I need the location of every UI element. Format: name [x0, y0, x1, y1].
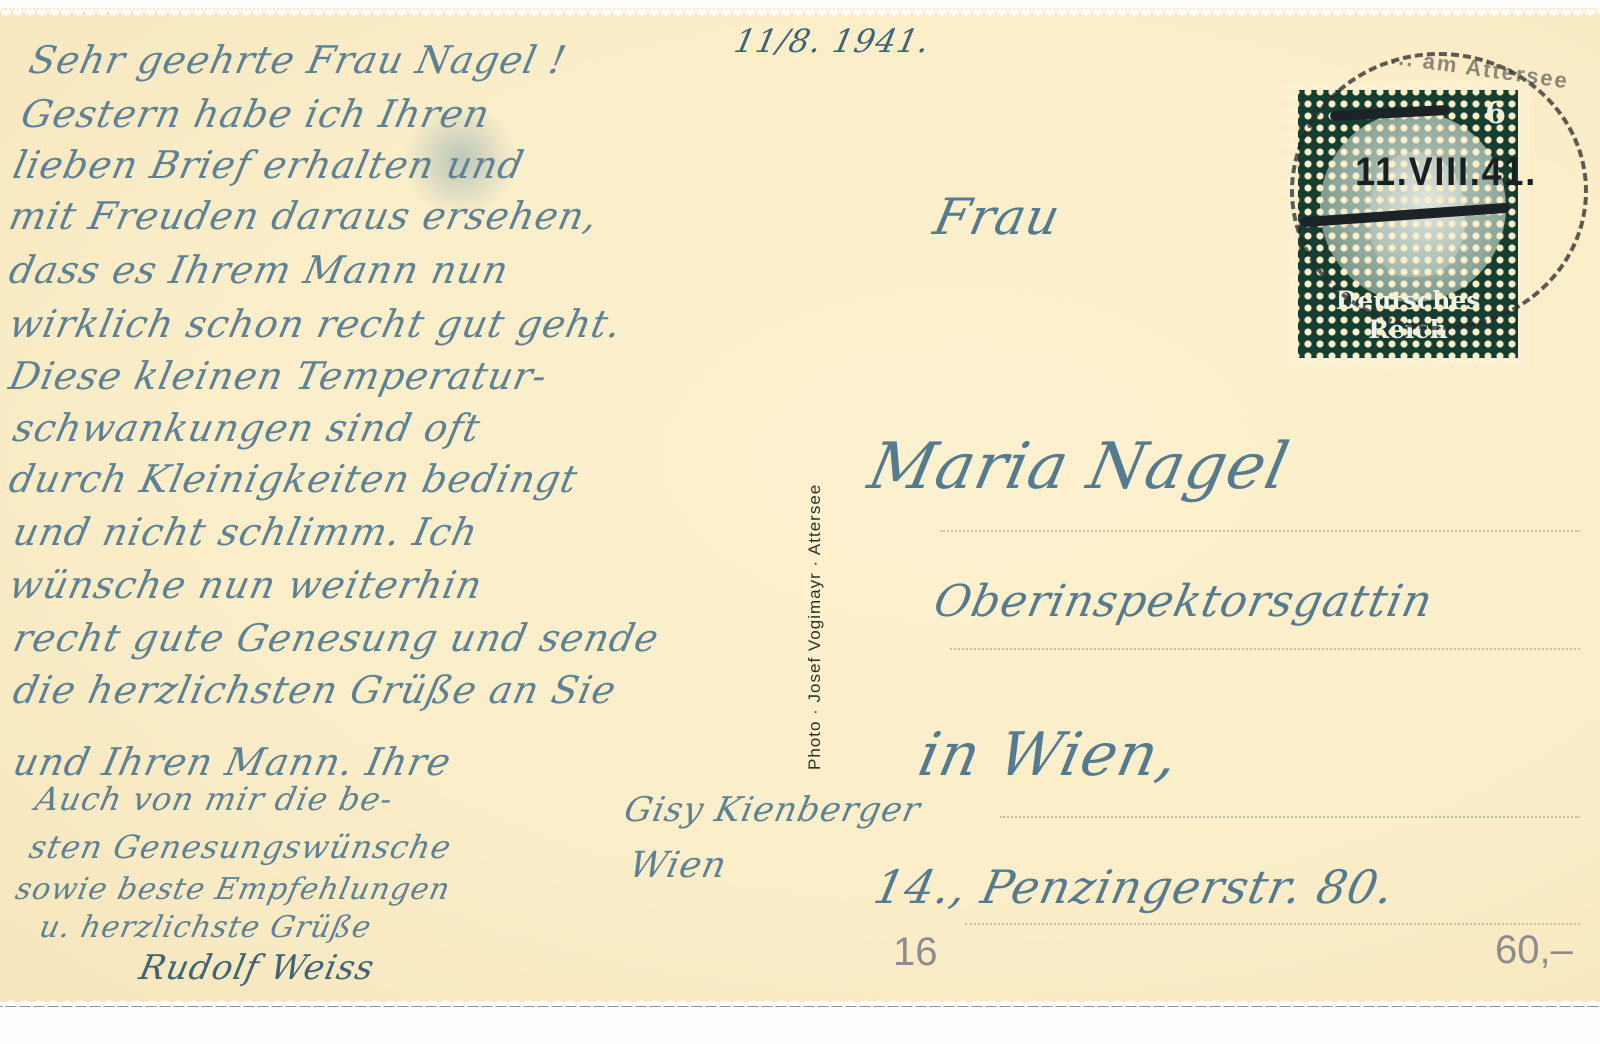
- message-line: wirklich schon recht gut geht.: [5, 302, 626, 346]
- address-street: 14., Penzingerstr. 80.: [869, 860, 1399, 914]
- postscript-line: sowie beste Empfehlungen: [12, 872, 453, 907]
- message-line: und Ihren Mann. Ihre: [9, 740, 455, 784]
- postscript-line: sten Genesungswünsche: [26, 828, 455, 866]
- deckle-edge-bottom: [0, 996, 1600, 1006]
- signature-place: Wien: [626, 845, 731, 886]
- message-line: schwankungen sind oft: [9, 406, 484, 450]
- postmark-date: 11.VIII.41.: [1355, 150, 1537, 195]
- message-line: Sehr geehrte Frau Nagel !: [25, 38, 570, 82]
- address-line-4: [965, 923, 1580, 925]
- address-line-3: [1000, 816, 1580, 818]
- message-line: Gestern habe ich Ihren: [17, 92, 494, 136]
- message-line: mit Freuden daraus ersehen,: [5, 194, 602, 238]
- address-salutation: Frau: [929, 188, 1066, 246]
- postscript-signature: Rudolf Weiss: [136, 948, 379, 988]
- pencil-note-left: 16: [893, 930, 938, 975]
- date-written: 11/8. 1941.: [731, 22, 934, 60]
- address-city: in Wien,: [913, 720, 1186, 790]
- message-line: dass es Ihrem Mann nun: [5, 248, 513, 292]
- message-line: Diese kleinen Temperatur-: [5, 354, 551, 398]
- signature-name: Gisy Kienberger: [621, 790, 925, 830]
- photographer-imprint: Photo · Josef Vogimayr · Attersee: [805, 484, 825, 770]
- address-title: Oberinspektorsgattin: [930, 576, 1438, 627]
- address-line-2: [950, 648, 1580, 650]
- postscript-line: Auch von mir die be-: [32, 780, 397, 818]
- postscript-line: u. herzlichste Grüße: [36, 910, 375, 945]
- deckle-edge-top: [0, 10, 1600, 20]
- message-line: recht gute Genesung und sende: [9, 616, 663, 660]
- message-line: die herzlichsten Grüße an Sie: [9, 668, 620, 712]
- message-line: und nicht schlimm. Ich: [9, 510, 482, 554]
- message-line: lieben Brief erhalten und: [9, 143, 528, 187]
- address-line-1: [940, 530, 1580, 532]
- message-line: wünsche nun weiterhin: [5, 563, 486, 607]
- pencil-note-price: 60,–: [1495, 928, 1573, 973]
- message-line: durch Kleinigkeiten bedingt: [5, 457, 582, 501]
- address-name: Maria Nagel: [862, 430, 1295, 504]
- postcard-back: 11/8. 1941. Sehr geehrte Frau Nagel ! Ge…: [0, 8, 1600, 1002]
